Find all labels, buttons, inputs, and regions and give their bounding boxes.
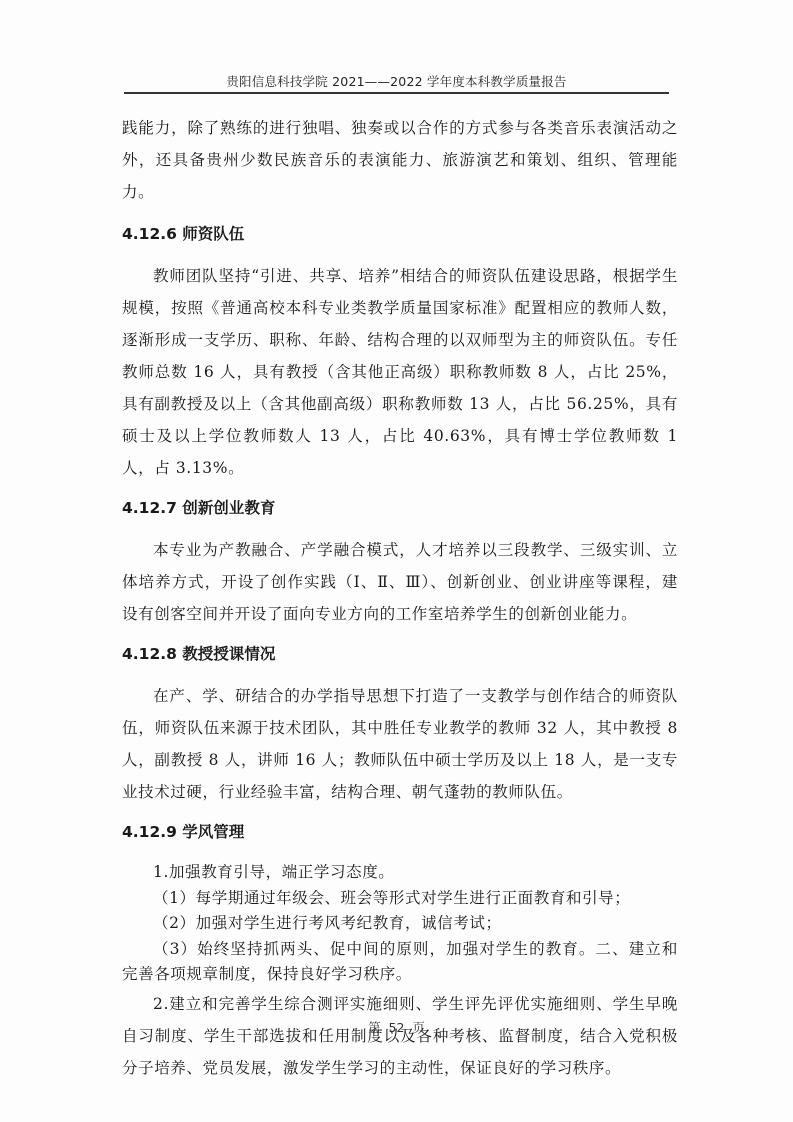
- section-heading-study-style: 4.12.9 学风管理: [122, 820, 678, 844]
- innovation-paragraph: 本专业为产教融合、产学融合模式，人才培养以三段教学、三级实训、立体培养方式，开设…: [122, 534, 678, 630]
- page-number: 第 52 页: [0, 1018, 793, 1036]
- list-item: （2）加强对学生进行考风考纪教育，诚信考试；: [122, 911, 678, 937]
- intro-paragraph: 践能力，除了熟练的进行独唱、独奏或以合作的方式参与各类音乐表演活动之外，还具备贵…: [122, 112, 678, 208]
- professor-teaching-paragraph: 在产、学、研结合的办学指导思想下打造了一支教学与创作结合的师资队伍，师资队伍来源…: [122, 680, 678, 808]
- list-item: 1.加强教育引导，端正学习态度。: [122, 860, 678, 886]
- section-heading-professor-teaching: 4.12.8 教授授课情况: [122, 642, 678, 666]
- list-item: （1）每学期通过年级会、班会等形式对学生进行正面教育和引导；: [122, 886, 678, 912]
- document-page: 贵阳信息科技学院 2021——2022 学年度本科教学质量报告 践能力，除了熟练…: [0, 0, 793, 1122]
- page-header-title: 贵阳信息科技学院 2021——2022 学年度本科教学质量报告: [124, 72, 669, 90]
- list-item: （3）始终坚持抓两头、促中间的原则，加强对学生的教育。二、建立和完善各项规章制度…: [122, 937, 678, 988]
- faculty-paragraph: 教师团队坚持“引进、共享、培养”相结合的师资队伍建设思路，根据学生规模，按照《普…: [122, 260, 678, 484]
- section-heading-innovation: 4.12.7 创新创业教育: [122, 496, 678, 520]
- page-content: 践能力，除了熟练的进行独唱、独奏或以合作的方式参与各类音乐表演活动之外，还具备贵…: [122, 112, 678, 1084]
- study-style-list: 1.加强教育引导，端正学习态度。 （1）每学期通过年级会、班会等形式对学生进行正…: [122, 860, 678, 1084]
- section-heading-faculty: 4.12.6 师资队伍: [122, 222, 678, 246]
- header-divider: [124, 92, 669, 94]
